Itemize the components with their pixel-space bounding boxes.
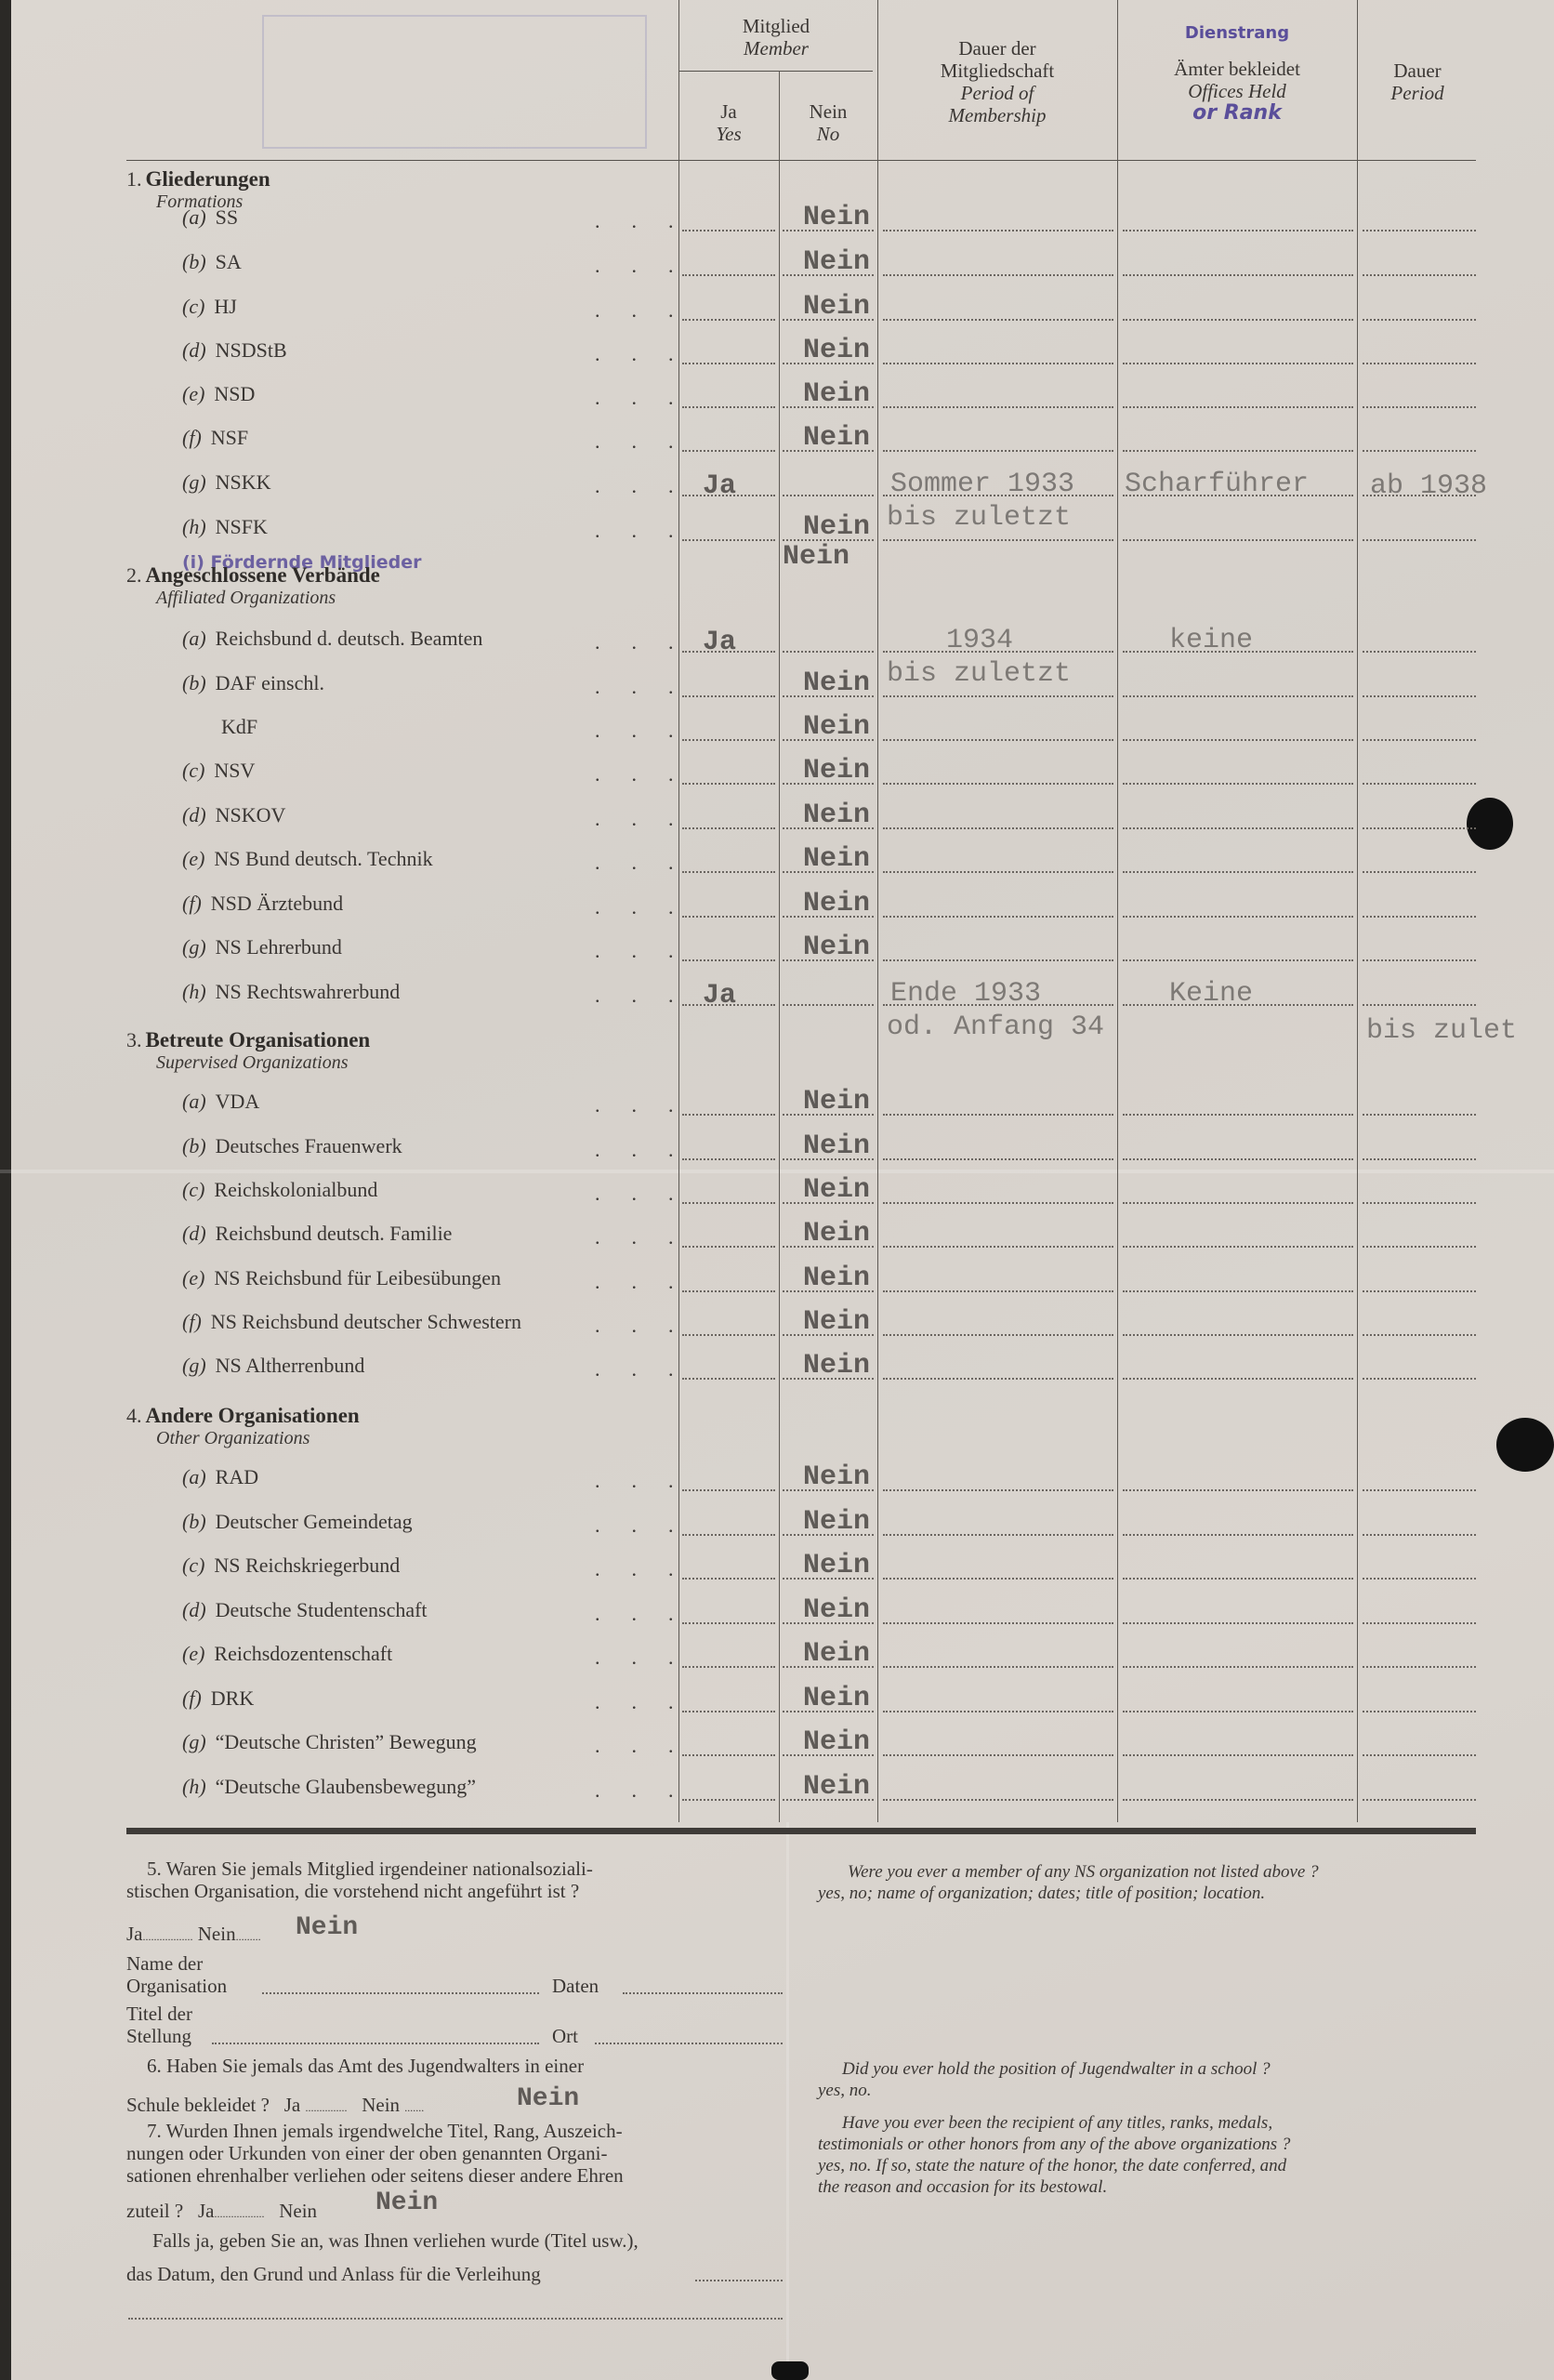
typed-membership-period: Ende 1933 <box>890 978 1041 1010</box>
period-field[interactable] <box>1363 1202 1476 1204</box>
typed-nein: Nein <box>803 1771 870 1803</box>
org-label: (g)NS Altherrenbund <box>182 1354 364 1378</box>
q5-title-field[interactable] <box>212 2043 539 2044</box>
typed-nein: Nein <box>803 1594 870 1626</box>
org-label: (g)NSKK <box>182 470 271 495</box>
typed-nein: Nein <box>803 1306 870 1338</box>
membership-period-field[interactable] <box>883 739 1113 741</box>
q5-en-line1: Were you ever a member of any NS organiz… <box>848 1861 1319 1883</box>
membership-period-field[interactable] <box>883 450 1113 452</box>
typed-membership-period: Sommer 1933 <box>890 469 1074 500</box>
q7-en-line1: Have you ever been the recipient of any … <box>842 2112 1272 2134</box>
org-label: (d)NSKOV <box>182 803 285 827</box>
ja-field[interactable] <box>682 916 775 918</box>
q5-place-field[interactable] <box>595 2043 783 2044</box>
member-subheader-rule <box>679 71 873 72</box>
section-2-heading: 2. Angeschlossene Verbände <box>126 563 380 588</box>
period-field[interactable] <box>1363 1754 1476 1756</box>
membership-period-field[interactable] <box>883 319 1113 321</box>
period-field[interactable] <box>1363 1378 1476 1380</box>
dienstrang-stamp: Dienstrang <box>1118 22 1356 45</box>
org-label: (a)RAD <box>182 1465 258 1489</box>
punch-hole <box>1467 798 1513 850</box>
ja-field[interactable] <box>682 739 775 741</box>
header-no: Nein No <box>780 100 876 145</box>
membership-period-field[interactable] <box>883 1246 1113 1248</box>
period-field[interactable] <box>1363 450 1476 452</box>
ja-field[interactable] <box>682 827 775 829</box>
paper-fold <box>0 1170 1554 1173</box>
q5-place-label: Ort <box>552 2025 578 2047</box>
org-label: (f)NSD Ärztebund <box>182 892 343 916</box>
typed-nein: Nein <box>803 1726 870 1758</box>
typed-nein: Nein <box>803 1550 870 1581</box>
office-field[interactable] <box>1123 959 1353 961</box>
typed-nein: Nein <box>803 1174 870 1206</box>
q5-dates-label: Daten <box>552 1975 599 1997</box>
q5-org-field[interactable] <box>262 1992 539 1994</box>
typed-nein: Nein <box>803 422 870 454</box>
q7-details-field-2[interactable] <box>128 2318 783 2320</box>
membership-period-field[interactable] <box>883 783 1113 785</box>
q5-org-label2: Organisation <box>126 1975 227 1997</box>
membership-period-field[interactable] <box>883 871 1113 873</box>
q5-title-label2: Stellung <box>126 2025 191 2047</box>
q7-text-line1: 7. Wurden Ihnen jemals irgendwelche Tite… <box>147 2120 623 2142</box>
period-field[interactable] <box>1363 1246 1476 1248</box>
ja-field[interactable] <box>682 783 775 785</box>
column-divider <box>779 71 780 1822</box>
office-field[interactable] <box>1123 916 1353 918</box>
typed-nein: Nein <box>803 932 870 963</box>
office-field[interactable] <box>1123 1578 1353 1580</box>
typed-office: keine <box>1169 625 1253 656</box>
membership-period-field[interactable] <box>883 1622 1113 1624</box>
org-label: (d)Deutsche Studentenschaft <box>182 1598 428 1622</box>
ja-field[interactable] <box>682 539 775 541</box>
scan-edge <box>0 0 11 2380</box>
period-field[interactable] <box>1363 1004 1476 1006</box>
q6-en-line2: yes, no. <box>818 2080 872 2101</box>
nein-field[interactable] <box>783 1004 874 1006</box>
office-field[interactable] <box>1123 274 1353 276</box>
typed-membership-period: 1934 <box>946 625 1013 656</box>
section-4-heading: 4. Andere Organisationen <box>126 1404 360 1428</box>
period-field[interactable] <box>1363 1114 1476 1116</box>
typed-ja: Ja <box>703 980 736 1011</box>
typed-ja: Ja <box>703 627 736 658</box>
period-field[interactable] <box>1363 1290 1476 1292</box>
period-field[interactable] <box>1363 739 1476 741</box>
q7-text-line3: sationen ehrenhalber verliehen oder seit… <box>126 2164 624 2187</box>
period-field[interactable] <box>1363 1622 1476 1624</box>
q5-text-line1: 5. Waren Sie jemals Mitglied irgendeiner… <box>147 1858 593 1880</box>
header-member: Mitglied Member <box>679 15 873 59</box>
period-field[interactable] <box>1363 319 1476 321</box>
q7-text-line5: Falls ja, geben Sie an, was Ihnen verlie… <box>152 2229 639 2252</box>
office-field[interactable] <box>1123 1754 1353 1756</box>
membership-period-field[interactable] <box>883 1534 1113 1536</box>
q7-en-line2: testimonials or other honors from any of… <box>818 2134 1290 2155</box>
period-field[interactable] <box>1363 1534 1476 1536</box>
membership-period-field[interactable] <box>883 1334 1113 1336</box>
org-label: (d)NSDStB <box>182 338 287 363</box>
membership-period-field[interactable] <box>883 1578 1113 1580</box>
org-label: (h)NS Rechtswahrerbund <box>182 980 400 1004</box>
office-field[interactable] <box>1123 539 1353 541</box>
period-field[interactable] <box>1363 1799 1476 1801</box>
membership-period-field[interactable] <box>883 1799 1113 1801</box>
q6-answer[interactable]: Nein <box>517 2084 579 2113</box>
org-label: (e)NS Bund deutsch. Technik <box>182 847 433 871</box>
ja-field[interactable] <box>682 1202 775 1204</box>
office-field[interactable] <box>1123 1114 1353 1116</box>
org-label: (e)NS Reichsbund für Leibesübungen <box>182 1266 501 1290</box>
membership-period-field[interactable] <box>883 1378 1113 1380</box>
ja-field[interactable] <box>682 695 775 697</box>
membership-period-field[interactable] <box>883 363 1113 364</box>
ja-field[interactable] <box>682 1290 775 1292</box>
membership-period-field[interactable] <box>883 695 1113 697</box>
org-label: (g)“Deutsche Christen” Bewegung <box>182 1730 477 1754</box>
typed-nein: Nein <box>803 246 870 278</box>
ja-field[interactable] <box>682 1378 775 1380</box>
org-label: (b)Deutscher Gemeindetag <box>182 1510 413 1534</box>
typed-nein: Nein <box>803 1130 870 1162</box>
period-field[interactable] <box>1363 406 1476 408</box>
org-label: (h)NSFK <box>182 515 268 539</box>
ja-field[interactable] <box>682 1799 775 1801</box>
membership-period-field[interactable] <box>883 230 1113 231</box>
office-field[interactable] <box>1123 450 1353 452</box>
org-label: (a)Reichsbund d. deutsch. Beamten <box>182 627 482 651</box>
membership-period-field[interactable] <box>883 1754 1113 1756</box>
membership-period-field[interactable] <box>883 916 1113 918</box>
q5-en-line2: yes, no; name of organization; dates; ti… <box>818 1883 1265 1904</box>
q6-en-line1: Did you ever hold the position of Jugend… <box>842 2058 1271 2080</box>
period-field[interactable] <box>1363 959 1476 961</box>
org-label: (h)“Deutsche Glaubensbewegung” <box>182 1775 476 1799</box>
header-period-membership: Dauer der Mitgliedschaft Period of Membe… <box>878 37 1116 126</box>
typed-membership-period-2: bis zuletzt <box>887 658 1071 690</box>
period-field[interactable] <box>1363 1711 1476 1712</box>
q5-answer[interactable]: Nein <box>296 1913 358 1942</box>
typed-nein: Nein <box>803 511 870 543</box>
section-2-subtitle: Affiliated Organizations <box>156 588 336 609</box>
typed-nein: Nein <box>803 291 870 323</box>
form-page: Mitglied Member Ja Yes Nein No Dauer der… <box>0 0 1554 2380</box>
office-field[interactable] <box>1123 1799 1353 1801</box>
org-label: (f)NS Reichsbund deutscher Schwestern <box>182 1310 521 1334</box>
membership-period-field[interactable] <box>883 1666 1113 1668</box>
faded-stamp-box <box>262 15 647 149</box>
membership-period-field[interactable] <box>883 1158 1113 1160</box>
section-1-heading: 1. Gliederungen <box>126 167 270 192</box>
org-label: (b)DAF einschl. <box>182 671 324 695</box>
header-period: Dauer Period <box>1358 59 1477 104</box>
ja-field[interactable] <box>682 1489 775 1491</box>
period-field[interactable] <box>1363 827 1476 829</box>
membership-period-field[interactable] <box>883 1202 1113 1204</box>
ja-field[interactable] <box>682 1754 775 1756</box>
nein-field[interactable] <box>783 651 874 653</box>
ja-field[interactable] <box>682 1622 775 1624</box>
q7-answer[interactable]: Nein <box>375 2188 438 2217</box>
office-field[interactable] <box>1123 1489 1353 1491</box>
paper-fold <box>786 1822 789 2380</box>
typed-office: Scharführer <box>1125 469 1309 500</box>
typed-nein: Nein <box>803 668 870 699</box>
typed-office: Keine <box>1169 978 1253 1010</box>
typed-nein: Nein <box>803 1350 870 1382</box>
membership-period-field[interactable] <box>883 1711 1113 1712</box>
org-label: (e)NSD <box>182 382 255 406</box>
ja-field[interactable] <box>682 406 775 408</box>
period-field[interactable] <box>1363 1334 1476 1336</box>
typed-ja: Ja <box>703 470 736 502</box>
typed-nein: Nein <box>803 335 870 366</box>
nein-field[interactable] <box>783 495 874 496</box>
office-field[interactable] <box>1123 1246 1353 1248</box>
org-label: (e)Reichsdozentenschaft <box>182 1642 392 1666</box>
office-field[interactable] <box>1123 1158 1353 1160</box>
org-label: (a)VDA <box>182 1090 259 1114</box>
membership-period-field[interactable] <box>883 1114 1113 1116</box>
ja-field[interactable] <box>682 363 775 364</box>
stamp-item-nein: Nein <box>783 541 849 573</box>
membership-period-field[interactable] <box>883 1290 1113 1292</box>
typed-nein: Nein <box>803 1263 870 1294</box>
ja-field[interactable] <box>682 1158 775 1160</box>
ja-field[interactable] <box>682 1334 775 1336</box>
membership-period-field[interactable] <box>883 406 1113 408</box>
ja-field[interactable] <box>682 450 775 452</box>
typed-nein: Nein <box>803 1506 870 1538</box>
membership-period-field[interactable] <box>883 539 1113 541</box>
office-field[interactable] <box>1123 363 1353 364</box>
org-label: (c)NSV <box>182 759 255 783</box>
section-separator <box>126 1828 1476 1834</box>
membership-period-field[interactable] <box>883 274 1113 276</box>
period-field[interactable] <box>1363 539 1476 541</box>
q5-org-label: Name der <box>126 1952 203 1975</box>
office-field[interactable] <box>1123 1378 1353 1380</box>
ja-field[interactable] <box>682 1711 775 1712</box>
period-field[interactable] <box>1363 274 1476 276</box>
ja-field[interactable] <box>682 959 775 961</box>
org-label: (c)NS Reichskriegerbund <box>182 1554 400 1578</box>
typed-nein: Nein <box>803 755 870 787</box>
office-field[interactable] <box>1123 1290 1353 1292</box>
period-field[interactable] <box>1363 230 1476 231</box>
column-divider <box>1117 0 1118 1822</box>
section-3-subtitle: Supervised Organizations <box>156 1052 348 1074</box>
membership-period-field[interactable] <box>883 959 1113 961</box>
q5-dates-field[interactable] <box>623 1992 783 1994</box>
org-label: (d)Reichsbund deutsch. Familie <box>182 1222 452 1246</box>
ja-field[interactable] <box>682 1534 775 1536</box>
org-label: (f)NSF <box>182 426 248 450</box>
office-field[interactable] <box>1123 1711 1353 1712</box>
period-field[interactable] <box>1363 1666 1476 1668</box>
typed-nein: Nein <box>803 1638 870 1670</box>
period-field[interactable] <box>1363 916 1476 918</box>
office-field[interactable] <box>1123 230 1353 231</box>
office-field[interactable] <box>1123 783 1353 785</box>
q5-answer-row: Ja.................. Nein......... <box>126 1923 261 1948</box>
period-field[interactable] <box>1363 1489 1476 1491</box>
q7-text-line2: nungen oder Urkunden von einer der oben … <box>126 2142 607 2164</box>
org-label: (g)NS Lehrerbund <box>182 935 342 959</box>
header-bottom-rule <box>126 160 1476 161</box>
ja-field[interactable] <box>682 274 775 276</box>
office-field[interactable] <box>1123 319 1353 321</box>
ja-field[interactable] <box>682 1114 775 1116</box>
ja-field[interactable] <box>682 871 775 873</box>
header-yes: Ja Yes <box>679 100 778 145</box>
ja-field[interactable] <box>682 1246 775 1248</box>
punch-hole <box>1496 1418 1554 1472</box>
header-offices: Dienstrang Ämter bekleidet Offices Held … <box>1118 22 1356 125</box>
typed-period: ab 1938 <box>1370 470 1487 502</box>
org-label: KdF <box>182 715 257 739</box>
ja-field[interactable] <box>682 1578 775 1580</box>
period-field[interactable] <box>1363 695 1476 697</box>
typed-membership-period-2: od. Anfang 34 <box>887 1011 1104 1043</box>
q5-text-line2: stischen Organisation, die vorstehend ni… <box>126 1880 579 1902</box>
org-label: (c)HJ <box>182 295 237 319</box>
ja-field[interactable] <box>682 230 775 231</box>
membership-period-field[interactable] <box>883 827 1113 829</box>
office-field[interactable] <box>1123 695 1353 697</box>
period-field[interactable] <box>1363 363 1476 364</box>
typed-nein: Nein <box>803 202 870 233</box>
ja-field[interactable] <box>682 1666 775 1668</box>
ja-field[interactable] <box>682 319 775 321</box>
column-divider <box>877 0 878 1822</box>
or-rank-stamp: or Rank <box>1118 102 1356 125</box>
q5-title-label: Titel der <box>126 2003 192 2025</box>
org-label: (c)Reichskolonialbund <box>182 1178 377 1202</box>
typed-nein: Nein <box>803 1683 870 1714</box>
office-field[interactable] <box>1123 739 1353 741</box>
period-field[interactable] <box>1363 1158 1476 1160</box>
office-field[interactable] <box>1123 1666 1353 1668</box>
period-field[interactable] <box>1363 1578 1476 1580</box>
typed-membership-period-2: bis zuletzt <box>887 502 1071 534</box>
period-field[interactable] <box>1363 783 1476 785</box>
office-field[interactable] <box>1123 1534 1353 1536</box>
typed-nein: Nein <box>803 711 870 743</box>
q7-en-line4: the reason and occasion for its bestowal… <box>818 2176 1107 2198</box>
period-field[interactable] <box>1363 651 1476 653</box>
org-label: (f)DRK <box>182 1686 254 1711</box>
typed-nein: Nein <box>803 843 870 875</box>
column-divider <box>1357 0 1358 1822</box>
q6-answer-row: Schule bekleidet ? Ja ............... Ne… <box>126 2094 424 2119</box>
q7-details-field[interactable] <box>695 2280 783 2281</box>
typed-nein: Nein <box>803 378 870 410</box>
typed-nein: Nein <box>803 888 870 919</box>
office-field[interactable] <box>1123 871 1353 873</box>
typed-nein: Nein <box>803 1461 870 1493</box>
section-3-heading: 3. Betreute Organisationen <box>126 1028 370 1052</box>
section-4-subtitle: Other Organizations <box>156 1428 309 1449</box>
membership-period-field[interactable] <box>883 1489 1113 1491</box>
org-label: (b)SA <box>182 250 242 274</box>
q7-answer-row: zuteil ? Ja.................. Nein <box>126 2200 317 2225</box>
org-label: (b)Deutsches Frauenwerk <box>182 1134 402 1158</box>
office-field[interactable] <box>1123 1202 1353 1204</box>
typed-period: bis zulet <box>1366 1015 1517 1047</box>
q7-en-line3: yes, no. If so, state the nature of the … <box>818 2155 1286 2176</box>
org-label: (a)SS <box>182 205 238 230</box>
office-field[interactable] <box>1123 1622 1353 1624</box>
office-field[interactable] <box>1123 827 1353 829</box>
typed-nein: Nein <box>803 1218 870 1249</box>
punch-hole <box>771 2361 809 2380</box>
period-field[interactable] <box>1363 871 1476 873</box>
q6-text-line1: 6. Haben Sie jemals das Amt des Jugendwa… <box>147 2055 584 2077</box>
typed-nein: Nein <box>803 800 870 831</box>
office-field[interactable] <box>1123 1334 1353 1336</box>
office-field[interactable] <box>1123 406 1353 408</box>
q7-text-line6: das Datum, den Grund und Anlass für die … <box>126 2263 541 2285</box>
typed-nein: Nein <box>803 1086 870 1117</box>
